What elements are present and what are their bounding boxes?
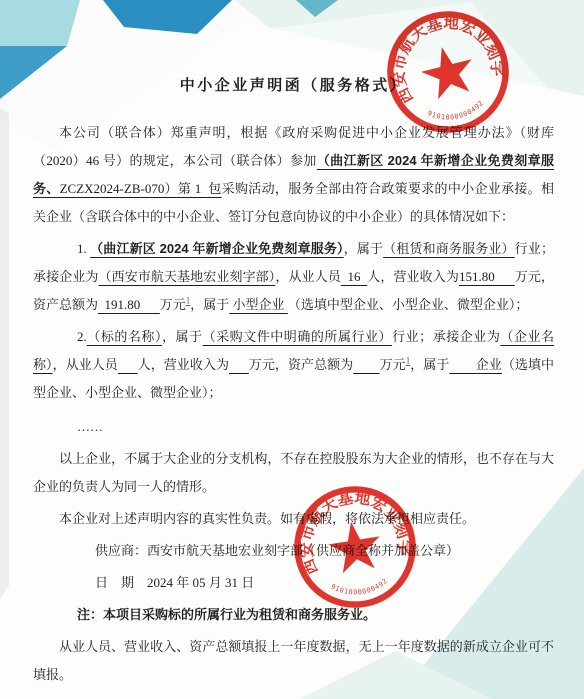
company-seal-bottom: 西安市航天基地宏业刻字部 9101000000492 bbox=[282, 474, 428, 620]
item2-text: 行业；承接企业为 bbox=[392, 329, 500, 344]
item1-number: 1. bbox=[77, 241, 90, 256]
item1-size-field: 小型企业 bbox=[229, 297, 288, 312]
item2-text: ，属于 bbox=[410, 357, 449, 372]
item2-subject-field: （标的名称） bbox=[87, 329, 162, 344]
item2-text: 人，营业收入为 bbox=[138, 357, 229, 372]
paragraph-note-title: 注：本项目采购标的所属行业为租赁和商务服务业。 bbox=[33, 601, 554, 629]
paragraph-ellipsis: …… bbox=[33, 413, 554, 441]
document-content: 中小企业声明函（服务格式） 本公司（联合体）郑重声明，根据《政府采购促进中小企业… bbox=[33, 74, 554, 693]
item2-revenue-blank bbox=[229, 357, 249, 372]
supplier-label: 供应商： bbox=[95, 543, 147, 558]
item1-company-field: （西安市航天基地宏业刻字部） bbox=[99, 269, 276, 284]
item2-staff-blank bbox=[118, 357, 138, 372]
item2-text: ，属于 bbox=[162, 329, 203, 344]
item2-assets-blank bbox=[353, 357, 379, 372]
item1-text: 人，营业收入为 bbox=[367, 269, 459, 284]
item2-size-blank: 企业 bbox=[449, 357, 501, 372]
document-page: 中小企业声明函（服务格式） 本公司（联合体）郑重声明，根据《政府采购促进中小企业… bbox=[0, 0, 584, 699]
paragraph-item2: 2.（标的名称），属于（采购文件中明确的所属行业）行业；承接企业为（企业名称），… bbox=[33, 323, 554, 407]
item1-text: ，属于 bbox=[344, 241, 383, 256]
star-icon bbox=[325, 518, 384, 575]
item1-staff-field: 16 bbox=[341, 269, 367, 284]
project-code-field: ZCZX2024-ZB-070）第 1 包 bbox=[60, 181, 222, 196]
star-icon bbox=[417, 41, 480, 102]
item2-text: 万元 bbox=[380, 357, 406, 372]
supplier-name: 西安市航天基地宏业刻字部 bbox=[147, 543, 303, 558]
item1-assets-field: 191.80 bbox=[98, 297, 160, 312]
item1-industry-field: （租赁和商务服务业） bbox=[383, 241, 515, 256]
item2-number: 2. bbox=[77, 329, 87, 344]
paragraph-note-body: 从业人员、营业收入、资产总额填报上一年度数据，无上一年度数据的新成立企业可不填报… bbox=[33, 633, 554, 689]
item1-text: ，从业人员 bbox=[275, 269, 341, 284]
item1-subject-field: （曲江新区 2024 年新增企业免费刻章服务） bbox=[90, 241, 344, 256]
item2-text: ，从业人员 bbox=[53, 357, 118, 372]
item1-text: 万元 bbox=[160, 297, 186, 312]
item2-industry-field: （采购文件中明确的所属行业） bbox=[203, 329, 392, 344]
item1-revenue-field: 151.80 bbox=[459, 269, 515, 284]
paragraph-declaration: 本公司（联合体）郑重声明，根据《政府采购促进中小企业发展管理办法》（财库（202… bbox=[33, 119, 554, 231]
item1-text: （选填中型企业、小型企业、微型企业）； bbox=[288, 297, 529, 312]
paragraph-item1: 1. （曲江新区 2024 年新增企业免费刻章服务），属于（租赁和商务服务业）行… bbox=[33, 235, 554, 319]
item1-text: ，属于 bbox=[190, 297, 229, 312]
item2-text: 万元，资产总额为 bbox=[249, 357, 353, 372]
